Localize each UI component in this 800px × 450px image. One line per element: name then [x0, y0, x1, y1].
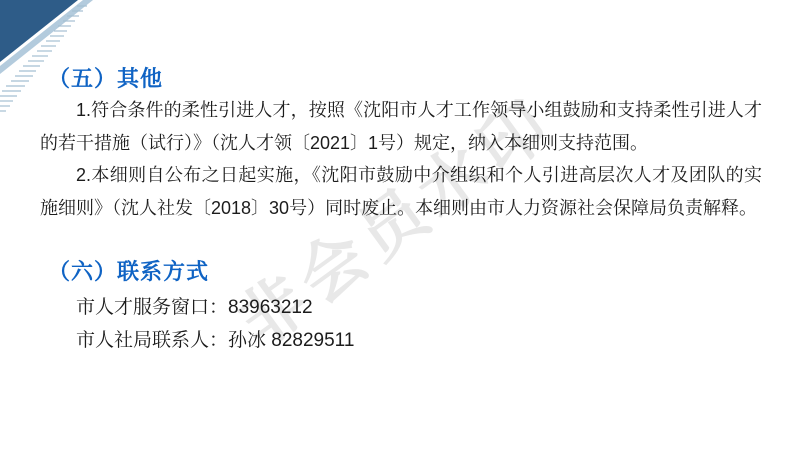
- presentation-slide: 非会员水印 （五）其他 1.符合条件的柔性引进人才，按照《沈阳市人才工作领导小组…: [0, 0, 800, 450]
- contact-line-contact-person: 市人社局联系人：孙冰 82829511: [76, 324, 354, 357]
- section-heading-other: （五）其他: [48, 62, 163, 93]
- contact-info-block: 市人才服务窗口：83963212 市人社局联系人：孙冰 82829511: [76, 291, 354, 357]
- contact-line-service-window: 市人才服务窗口：83963212: [76, 291, 354, 324]
- body-text-block: 1.符合条件的柔性引进人才，按照《沈阳市人才工作领导小组鼓励和支持柔性引进人才的…: [40, 94, 762, 224]
- paragraph-flexible-talent: 1.符合条件的柔性引进人才，按照《沈阳市人才工作领导小组鼓励和支持柔性引进人才的…: [40, 94, 762, 159]
- section-heading-contact: （六）联系方式: [48, 255, 209, 286]
- paragraph-implementation: 2.本细则自公布之日起实施，《沈阳市鼓励中介组织和个人引进高层次人才及团队的实施…: [40, 159, 762, 224]
